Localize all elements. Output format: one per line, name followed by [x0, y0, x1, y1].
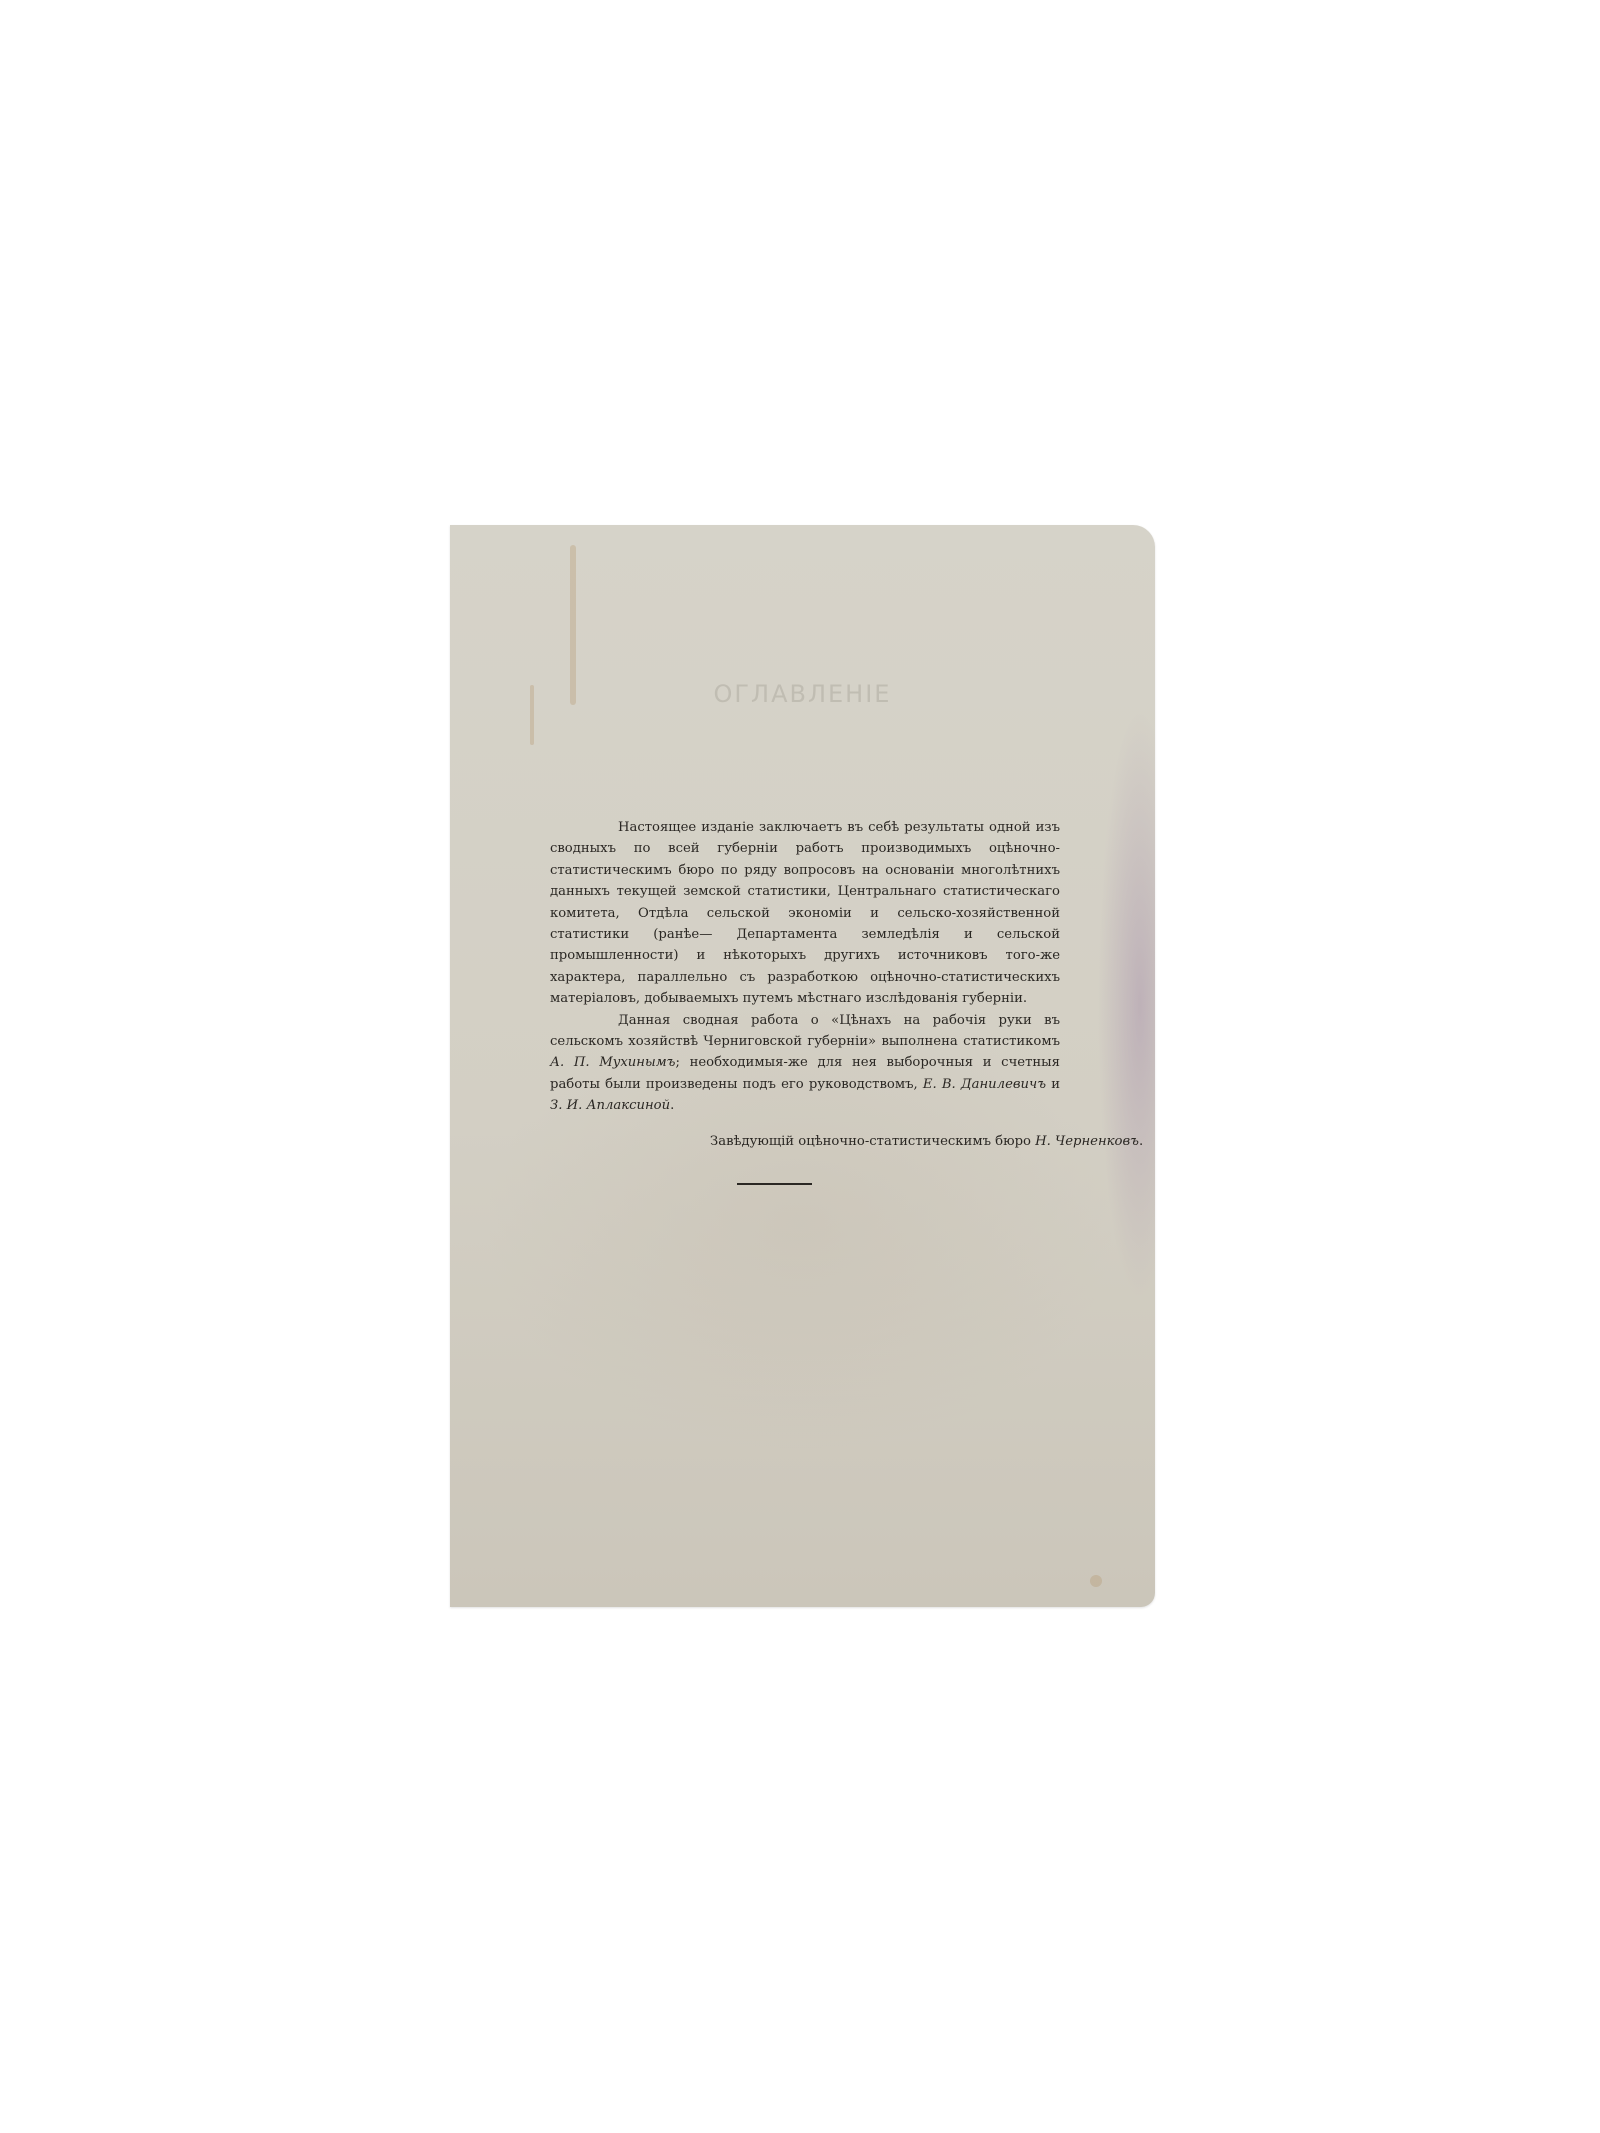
signature-name: Н. Черненковъ [1035, 1134, 1139, 1149]
paragraph-credits: Данная сводная работа о «Цѣнахъ на рабоч… [550, 1010, 1060, 1117]
signature-line: Завѣдующій оцѣночно-статистическимъ бюро… [550, 1131, 1060, 1152]
conjunction: и [1046, 1077, 1060, 1092]
assistant-name-2: З. И. Аплаксиной [550, 1098, 670, 1113]
period: . [670, 1098, 674, 1113]
credits-text: Данная сводная работа о «Цѣнахъ на рабоч… [550, 1013, 1060, 1049]
paper-stain [1090, 1575, 1102, 1587]
period: . [1139, 1134, 1143, 1149]
decorative-rule [737, 1183, 812, 1185]
paragraph-intro: Настоящее изданіе заключаетъ въ себѣ рез… [550, 817, 1060, 1010]
show-through-heading: ОГЛАВЛЕНІЕ [450, 680, 1155, 708]
author-name: А. П. Мухинымъ [550, 1055, 675, 1070]
assistant-name-1: Е. В. Данилевичъ [923, 1077, 1046, 1092]
document-page: ОГЛАВЛЕНІЕ Настоящее изданіе заключаетъ … [450, 525, 1155, 1607]
body-text: Настоящее изданіе заключаетъ въ себѣ рез… [550, 817, 1060, 1152]
signature-title: Завѣдующій оцѣночно-статистическимъ бюро [710, 1134, 1035, 1149]
